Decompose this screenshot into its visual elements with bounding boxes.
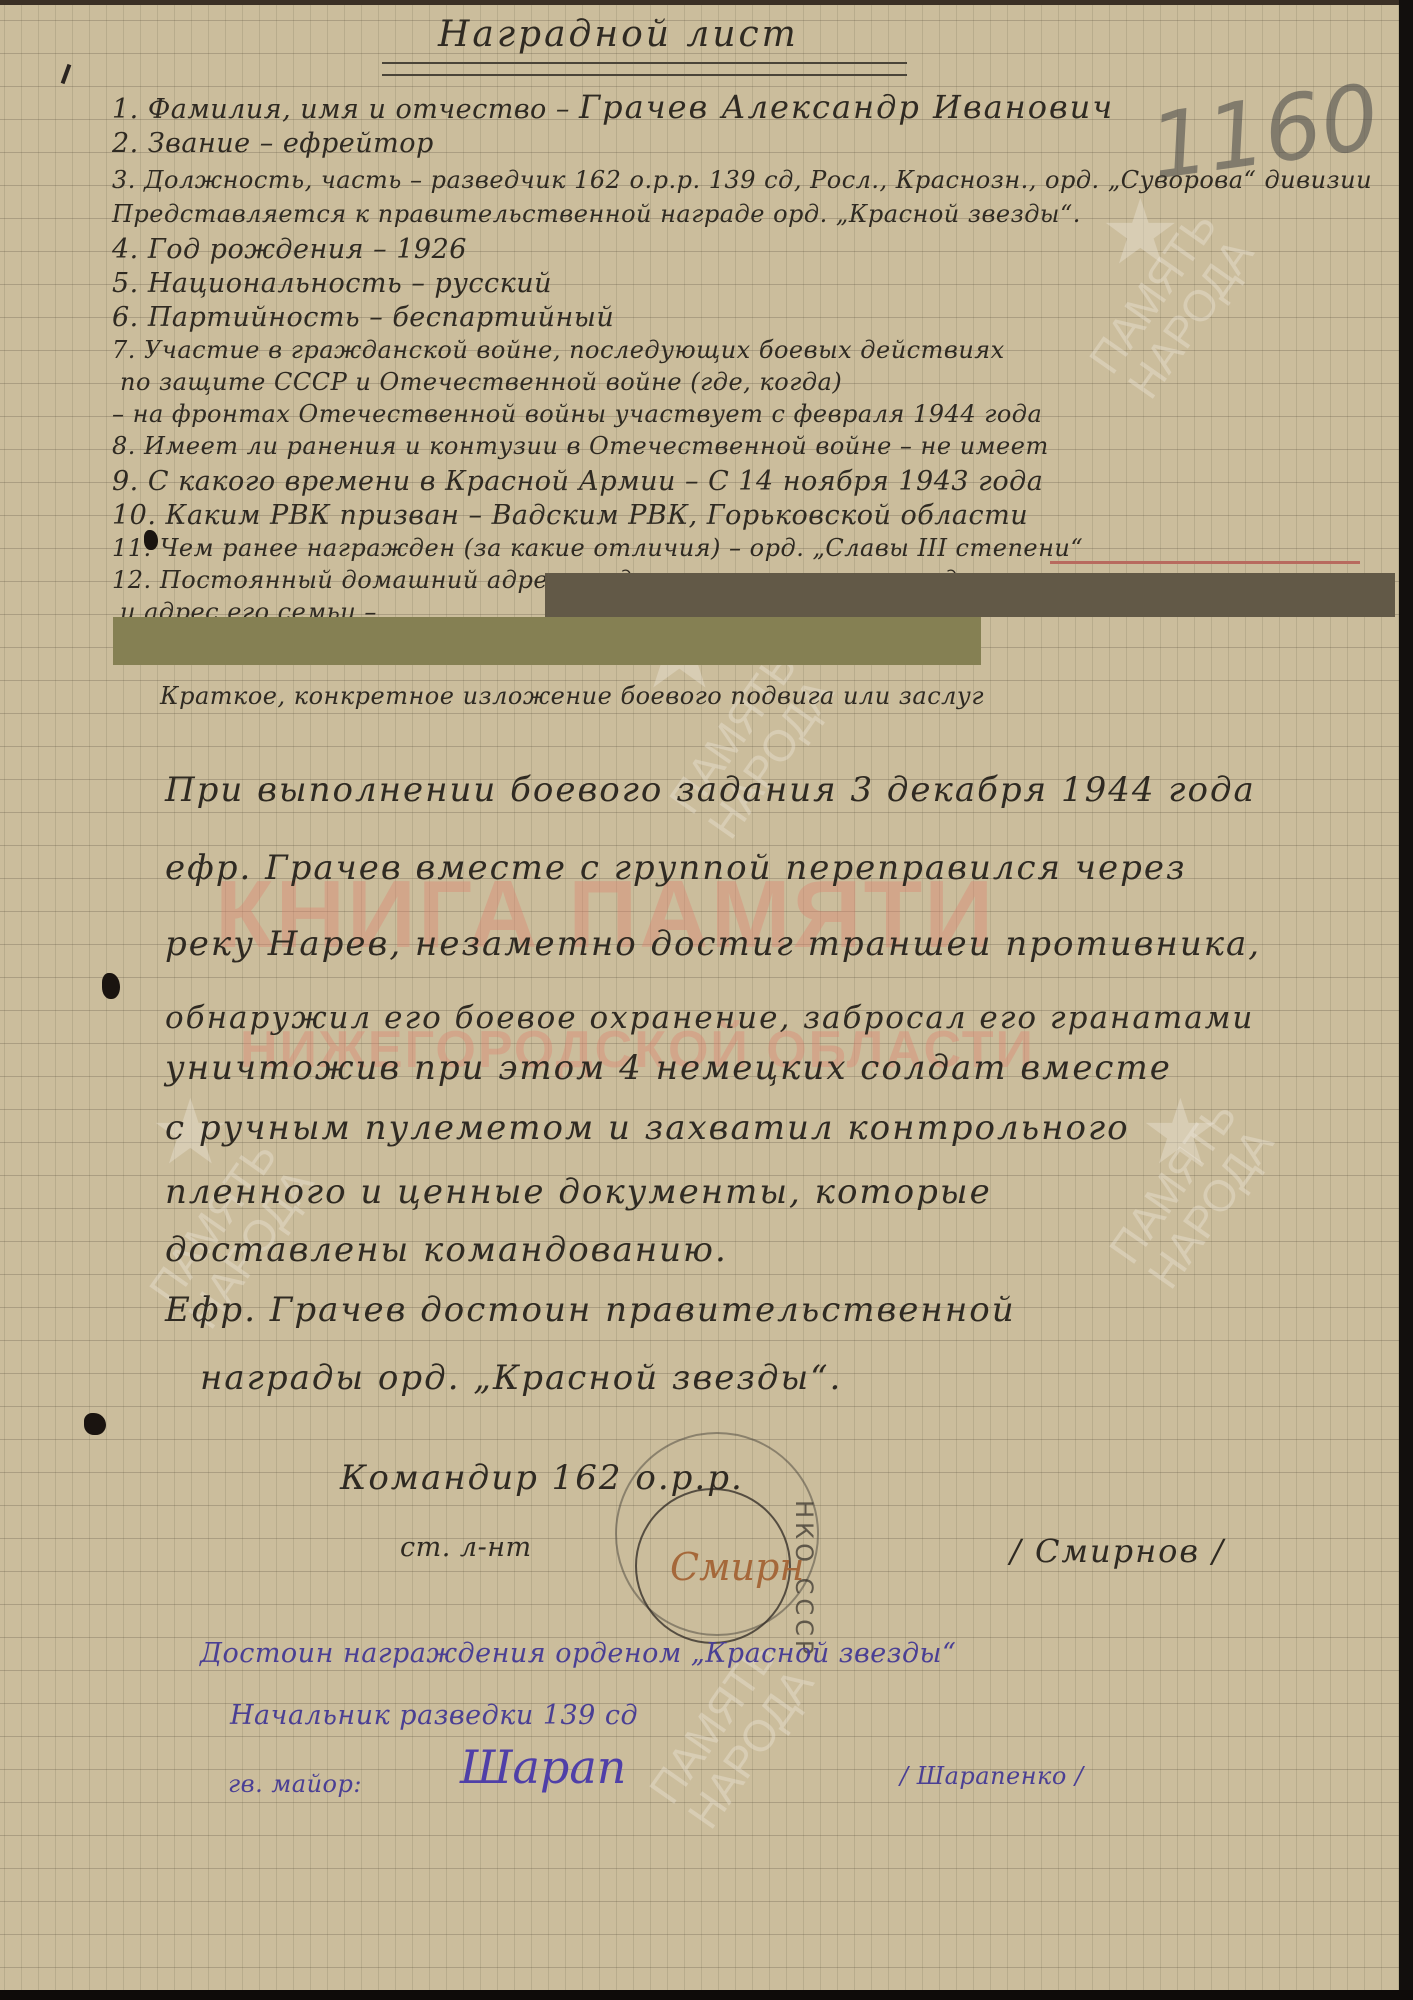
field-draft-office: 10. Каким РВК призван – Вадским РВК, Гор… [112,500,1028,531]
field-position-unit: 3. Должность, часть – разведчик 162 о.р.… [112,166,1372,194]
field-value: не имеет [921,432,1049,460]
endorsement-name: / Шарапенко / [900,1762,1084,1790]
binding-hole [144,530,158,550]
commander-rank: ст. л-нт [400,1532,532,1563]
red-pencil-underline [1050,561,1360,564]
field-value: С 14 ноября 1943 года [708,466,1043,497]
field-nominated-for: Представляется к правительственной награ… [112,200,1081,228]
field-participation-value: – на фронтах Отечественной войны участву… [112,400,1042,428]
field-value: Вадским РВК, Горьковской области [492,500,1029,531]
punch-mark [61,64,72,84]
binding-hole [84,1413,106,1435]
field-army-since: 9. С какого времени в Красной Армии – С … [112,466,1043,497]
narrative-line: пленного и ценные документы, которые [165,1172,992,1212]
endorsement-signature: Шарап [460,1740,626,1794]
field-party: 6. Партийность – беспартийный [112,302,614,333]
field-birth-year: 4. Год рождения – 1926 [112,234,467,265]
commander-title: Командир 162 о.р.р. [340,1458,744,1498]
field-participation-cont: по защите СССР и Отечественной войне (гд… [120,368,842,396]
watermark-star-icon: ★ [1140,1080,1221,1185]
field-participation: 7. Участие в гражданской войне, последую… [112,336,1005,364]
field-value: русский [434,268,552,299]
redaction-block [113,617,981,665]
scan-edge-bottom [0,1990,1413,2000]
field-value: орд. „Красной звезды“. [773,200,1081,228]
narrative-line: доставлены командованию. [165,1230,728,1270]
commander-name: / Смирнов / [1010,1532,1225,1570]
binding-hole [102,973,120,999]
narrative-line: Ефр. Грачев достоин правительственной [165,1290,1016,1330]
commander-signature: Смирн [670,1545,804,1589]
title-underline [382,62,907,76]
section-heading: Краткое, конкретное изложение боевого по… [160,682,984,710]
narrative-line: реку Нарев, незаметно достиг траншеи про… [165,924,1261,964]
field-value: разведчик 162 о.р.р. 139 сд, Росл., Крас… [431,166,1372,194]
field-value: Грачев Александр Иванович [579,88,1114,126]
field-previous-awards: 11. Чем ранее награжден (за какие отличи… [112,534,1083,562]
scan-edge-right [1399,0,1413,2000]
narrative-line: обнаружил его боевое охранение, забросал… [165,1000,1254,1036]
field-value: 1926 [396,234,467,265]
narrative-line: с ручным пулеметом и захватил контрольно… [165,1108,1130,1148]
narrative-line: ефр. Грачев вместе с группой переправилс… [165,848,1187,888]
document-title: Наградной лист [438,14,799,55]
field-value: на фронтах Отечественной войны участвует… [133,400,1043,428]
endorsement-text: Достоин награждения орденом „Красной зве… [200,1638,956,1669]
field-rank: 2. Звание – ефрейтор [112,128,434,159]
field-value: орд. „Славы III степени“ [750,534,1083,562]
redaction-block [545,573,1395,617]
narrative-line: уничтожив при этом 4 немецких солдат вме… [165,1048,1172,1088]
field-nationality: 5. Национальность – русский [112,268,552,299]
award-sheet-page: КНИГА ПАМЯТИ НИЖЕГОРОДСКОЙ ОБЛАСТИ ПАМЯТ… [0,0,1413,2000]
endorsement-position: Начальник разведки 139 сд [230,1700,638,1731]
scan-edge-top [0,0,1413,5]
narrative-line: При выполнении боевого задания 3 декабря… [165,770,1256,810]
field-value: ефрейтор [283,128,434,159]
field-value: беспартийный [392,302,614,333]
narrative-line: награды орд. „Красной звезды“. [200,1358,842,1398]
field-full-name: 1. Фамилия, имя и отчество – Грачев Алек… [112,88,1114,126]
endorsement-rank: гв. майор: [228,1770,362,1798]
field-wounds: 8. Имеет ли ранения и контузии в Отечест… [112,432,1049,460]
